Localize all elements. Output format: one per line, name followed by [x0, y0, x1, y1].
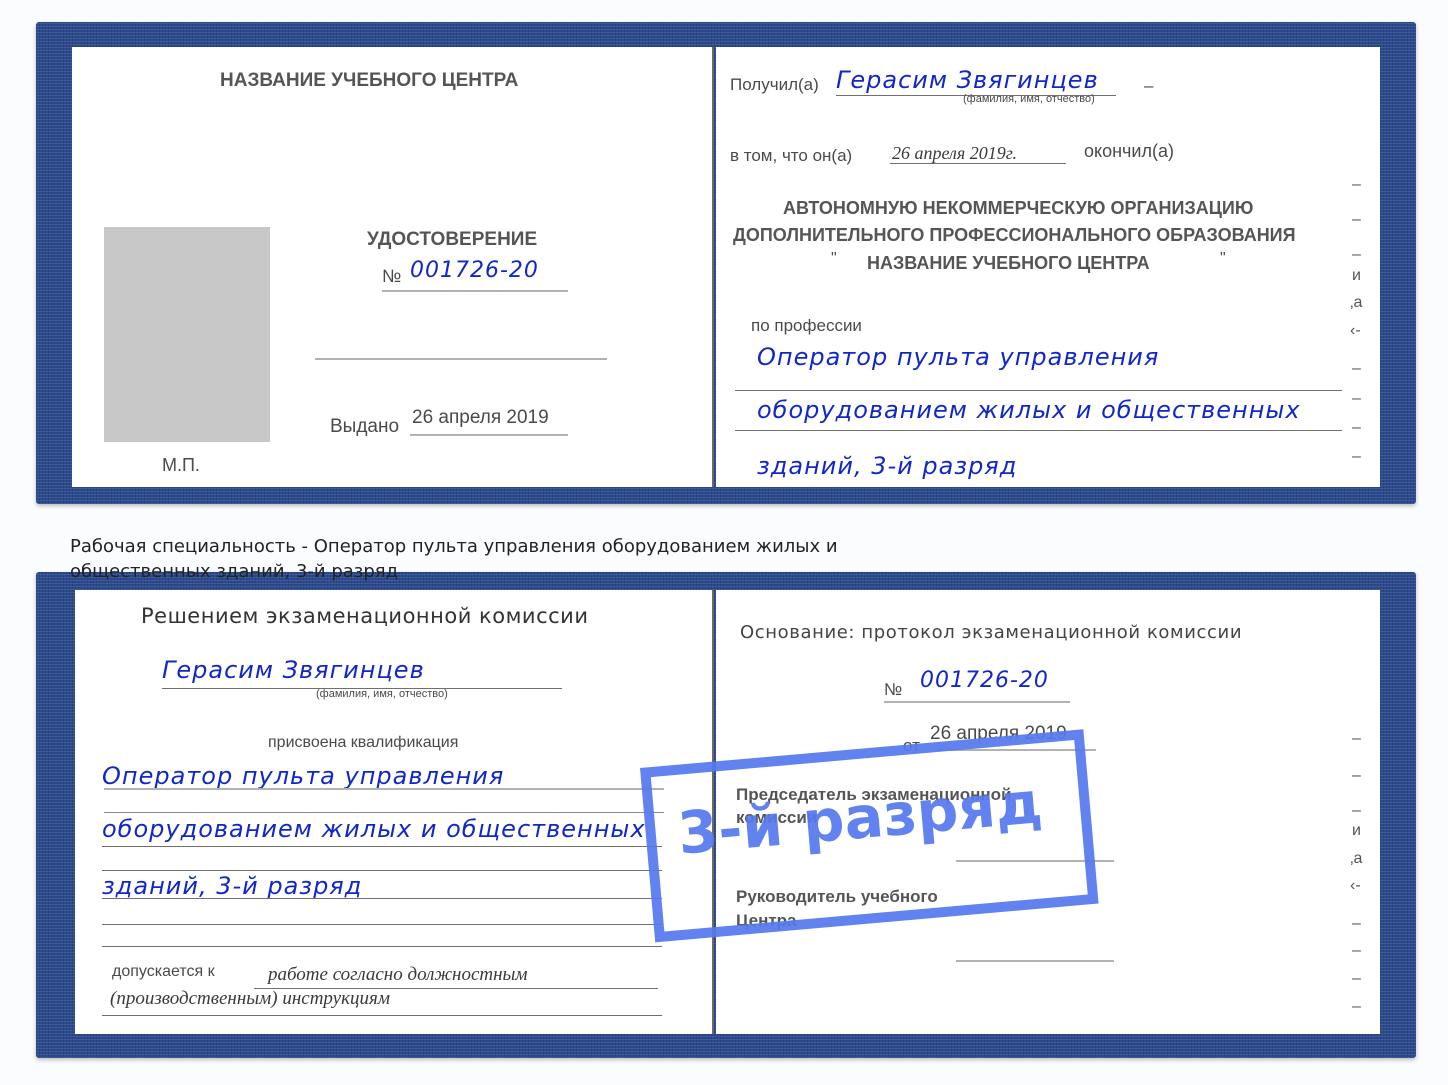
recipient-name: Герасим Звягинцев: [836, 66, 1099, 94]
edge-mark: –: [1352, 942, 1361, 960]
edge-mark: –: [1352, 730, 1361, 748]
profession-line-2: оборудованием жилых и общественных: [757, 396, 1301, 424]
edge-mark: ‚a: [1350, 850, 1362, 868]
issued-underline: [410, 434, 568, 436]
qualification-line-1: Оператор пульта управления: [102, 762, 504, 790]
edge-mark: –: [1352, 419, 1361, 437]
name-hint: (фамилия, имя, отчество): [963, 93, 1095, 105]
edge-mark: –: [1352, 767, 1361, 785]
number-label: №: [382, 266, 401, 287]
qualification-rule-5: [102, 898, 662, 899]
edge-mark: –: [1352, 211, 1361, 229]
qualification-rule-2: [104, 812, 664, 813]
admitted-line-1: работе согласно должностным: [268, 964, 528, 986]
edge-mark: и: [1352, 822, 1361, 840]
qualification-rule-4: [102, 870, 662, 871]
issued-date: 26 апреля 2019: [412, 407, 549, 429]
head-signature-line: [956, 960, 1114, 962]
edge-mark: –: [1352, 448, 1361, 466]
edge-mark: –: [1352, 970, 1361, 988]
stamp-place-label: М.П.: [162, 455, 200, 476]
qualification-rule-6: [102, 924, 662, 925]
certificate-number: 001726-20: [410, 258, 539, 283]
protocol-number-label: №: [884, 680, 902, 700]
person-name: Герасим Звягинцев: [162, 656, 425, 684]
admitted-line-2: (производственным) инструкциям: [110, 988, 390, 1010]
center-name-heading: НАЗВАНИЕ УЧЕБНОГО ЦЕНТРА: [220, 70, 518, 92]
qualification-line-2: оборудованием жилых и общественных: [102, 815, 646, 843]
protocol-number: 001726-20: [920, 668, 1049, 693]
edge-mark: –: [1352, 802, 1361, 820]
received-label: Получил(а): [730, 75, 819, 95]
profession-rule-1: [735, 390, 1342, 391]
profession-label: по профессии: [751, 316, 862, 336]
org-quote-close: ": [1220, 250, 1226, 268]
specialty-caption: Рабочая специальность - Оператор пульта …: [70, 534, 950, 584]
doc-title: УДОСТОВЕРЕНИЕ: [367, 229, 537, 251]
name-hint-bottom: (фамилия, имя, отчество): [316, 688, 448, 700]
qualification-label: присвоена квалификация: [268, 734, 458, 752]
completion-underline: [890, 163, 1066, 164]
edge-mark: и: [1352, 267, 1361, 285]
profession-line-3: зданий, 3-й разряд: [757, 452, 1017, 480]
number-underline: [382, 290, 568, 292]
qualification-rule-7: [102, 946, 662, 947]
edge-mark: ‹-: [1350, 322, 1361, 340]
basis-label: Основание: протокол экзаменационной коми…: [740, 622, 1242, 643]
edge-mark: –: [1352, 246, 1361, 264]
edge-mark: –: [1352, 998, 1361, 1016]
decision-title: Решением экзаменационной комиссии: [141, 604, 588, 628]
protocol-number-underline: [884, 701, 1070, 703]
edge-mark: –: [1352, 390, 1361, 408]
issued-label: Выдано: [330, 416, 399, 438]
that-label: в том, что он(а): [730, 146, 852, 166]
org-line-2: ДОПОЛНИТЕЛЬНОГО ПРОФЕССИОНАЛЬНОГО ОБРАЗО…: [733, 225, 1296, 246]
edge-mark: –: [1352, 176, 1361, 194]
signature-line: [315, 358, 607, 360]
completion-date: 26 апреля 2019г.: [892, 143, 1017, 164]
qualification-rule-1: [104, 788, 664, 790]
edge-mark: –: [1352, 360, 1361, 378]
photo-placeholder: [104, 227, 270, 442]
dash-mark: –: [1144, 76, 1153, 96]
edge-mark: ‹-: [1350, 877, 1361, 895]
org-quote-open: ": [831, 250, 837, 268]
org-line-3: НАЗВАНИЕ УЧЕБНОГО ЦЕНТРА: [867, 253, 1150, 274]
org-line-1: АВТОНОМНУЮ НЕКОММЕРЧЕСКУЮ ОРГАНИЗАЦИЮ: [783, 198, 1253, 219]
finished-label: окончил(а): [1084, 141, 1174, 162]
edge-mark: ‚a: [1350, 294, 1362, 312]
qualification-rule-3: [102, 846, 662, 847]
edge-mark: –: [1352, 915, 1361, 933]
top-spine: [712, 47, 714, 487]
admitted-label: допускается к: [112, 963, 215, 981]
profession-rule-2: [735, 430, 1342, 431]
qualification-line-3: зданий, 3-й разряд: [102, 872, 362, 900]
admitted-rule-2: [102, 1015, 662, 1016]
profession-line-1: Оператор пульта управления: [757, 343, 1159, 371]
